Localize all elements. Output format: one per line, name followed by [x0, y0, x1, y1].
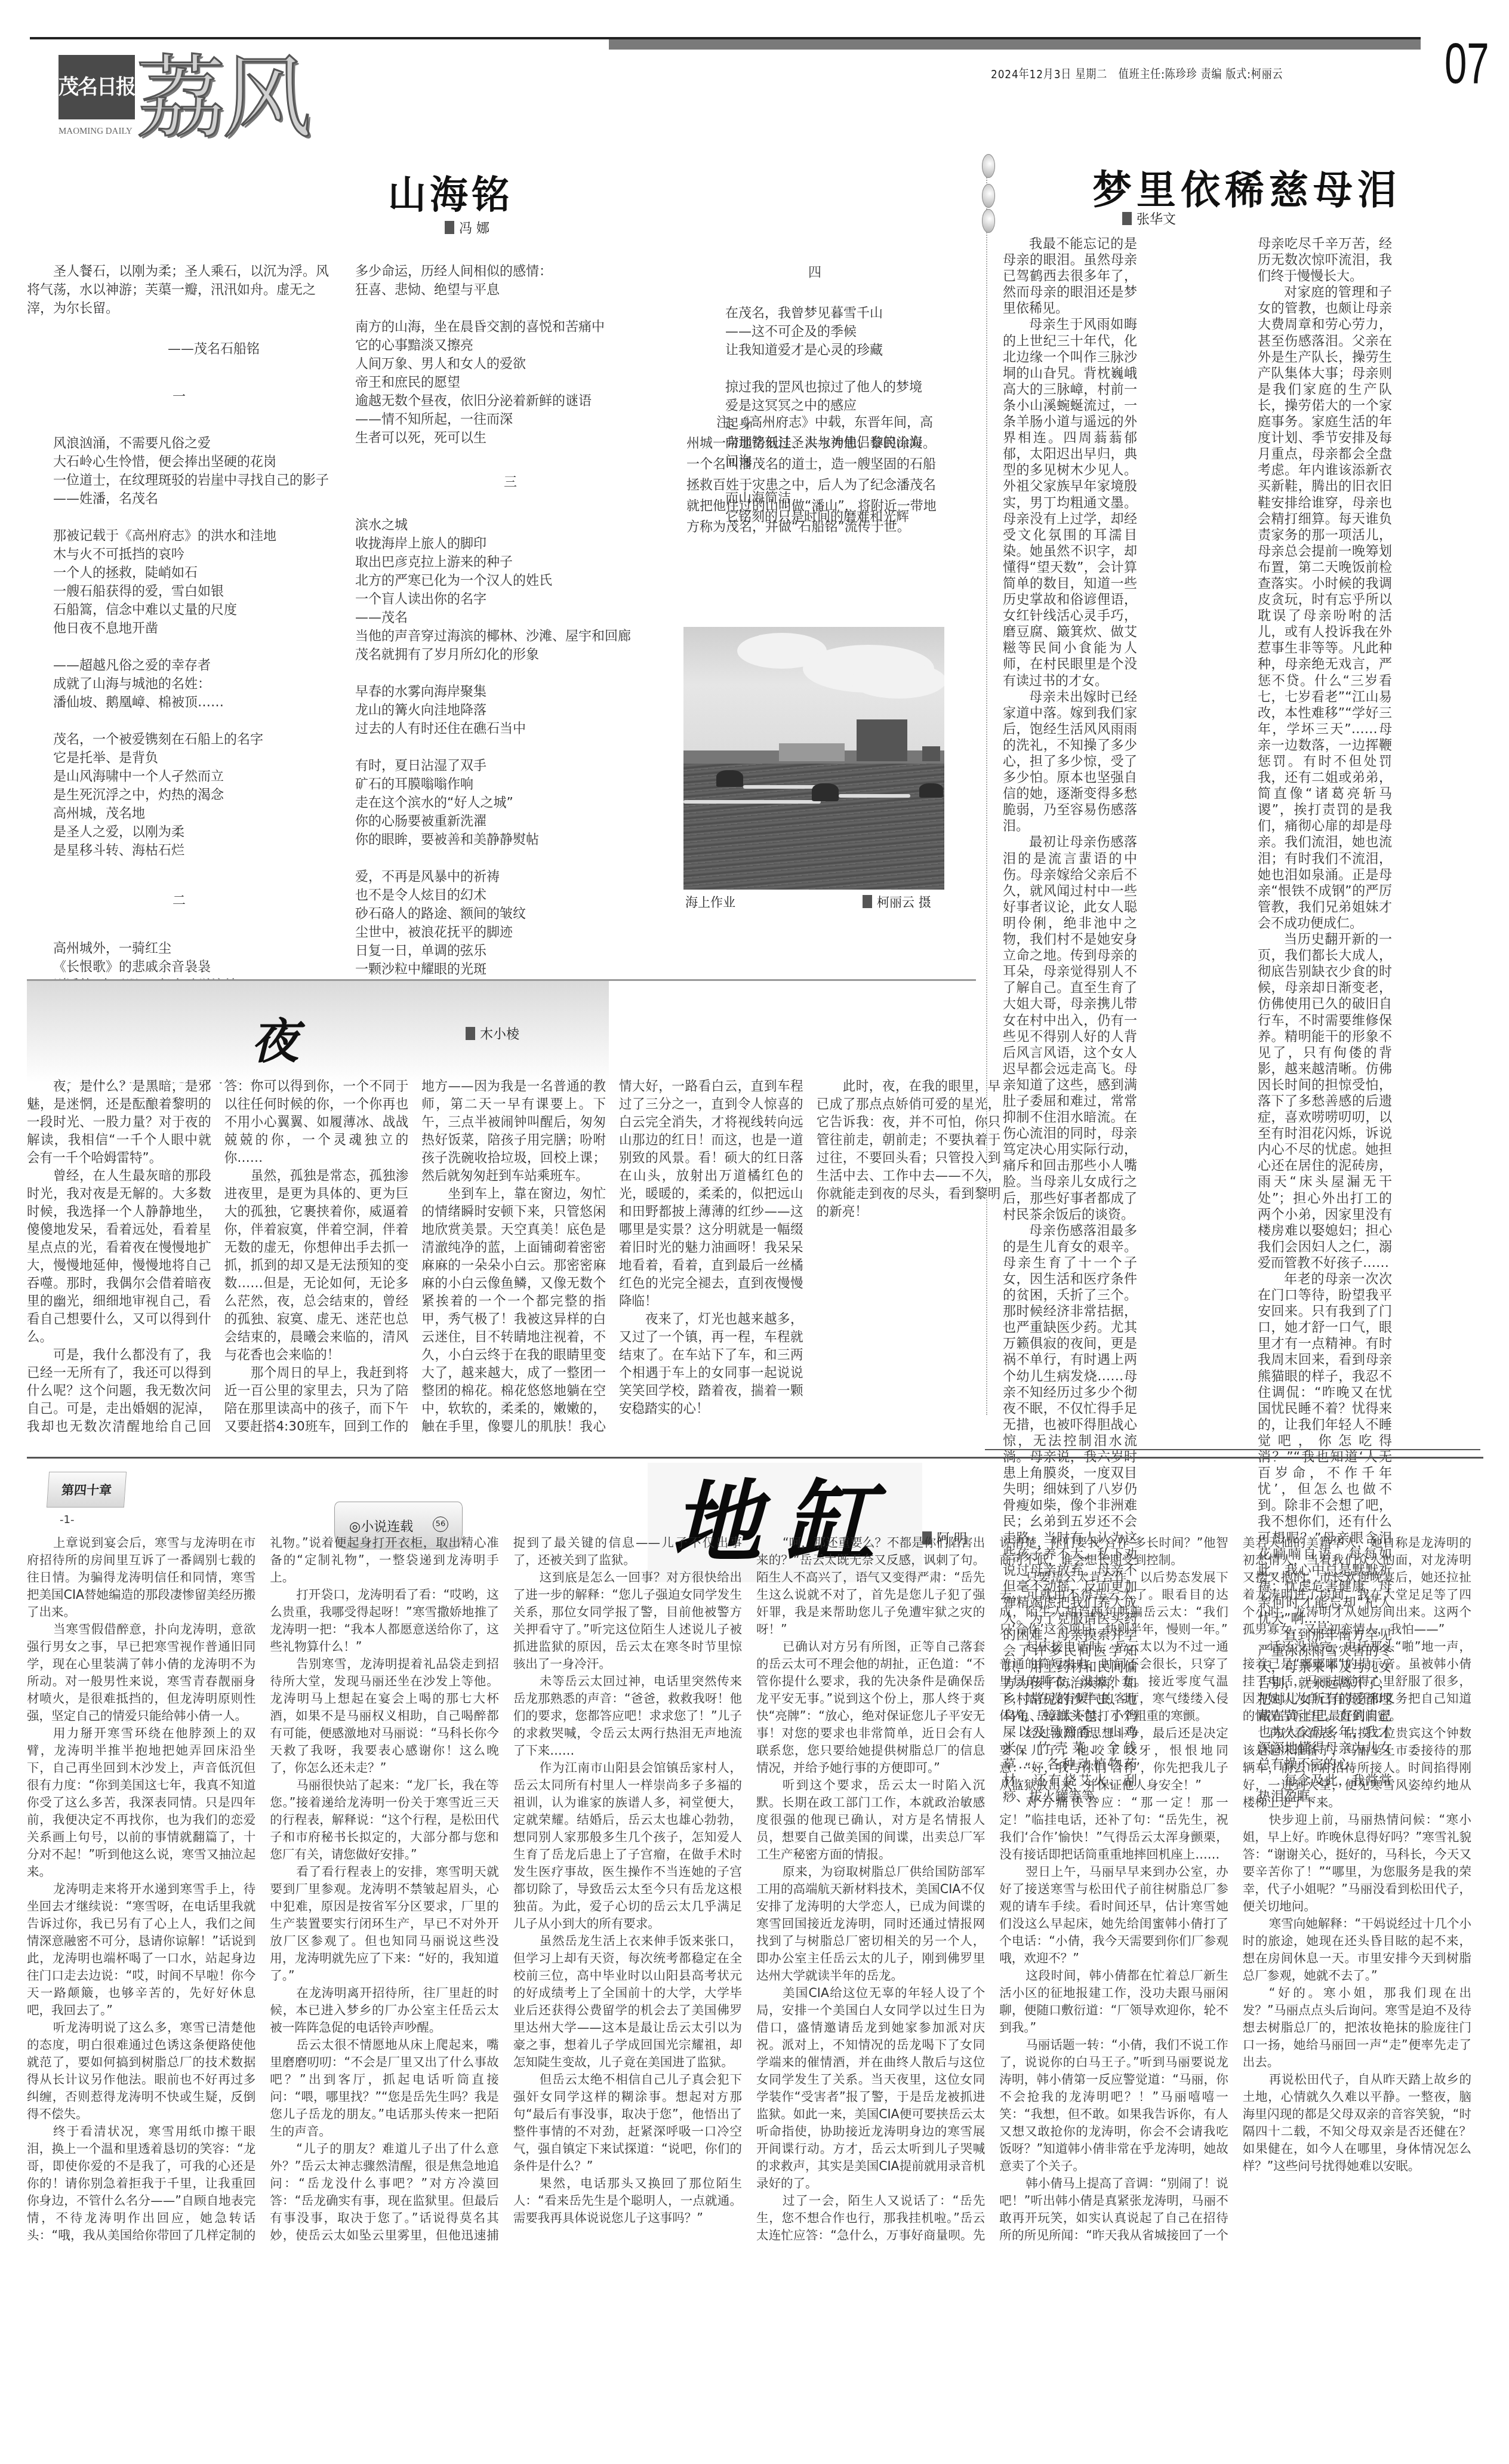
binder-ring-icon — [982, 209, 995, 233]
title-band — [27, 981, 609, 1082]
paragraph: 母亲吃尽千辛万苦，经历无数次惊吓流泪，我们终于慢慢长大。 — [1258, 236, 1392, 284]
paragraph: 当历史翻开新的一页，我们都长大成人，彻底告别缺衣少食的时候，母亲却日渐变老，仿佛… — [1258, 931, 1392, 1271]
paragraph: 起床接电话时，岳云太以为不过一通普通的简短来电，时间不会很长，只穿了里层的睡衣，… — [999, 1638, 1228, 1725]
photo-credit: 柯丽云 摄 — [863, 893, 931, 910]
poem-section-2-cont: 多少命运，历经人间相似的感情： 狂喜、悲恸、绝望与平息 南方的山海，坐在晨昏交割… — [355, 262, 666, 447]
paragraph: 当寒雪假借醉意，扑向龙涛明，意欲强行男女之事，早已把寒雪视作普通旧同学，现在心里… — [27, 1621, 255, 1725]
paragraph: 翌日上午，马丽早早来到办公室，办好了接送寒雪与松田代子前往树脂总厂参观的请车手续… — [999, 1863, 1228, 1967]
photo-sea-work — [683, 627, 944, 890]
section-title: 荔风 — [136, 51, 308, 146]
paragraph: 原来，为窃取树脂总厂供给国防部军工用的高端航天新材料技术，美国CIA不仅安排了龙… — [756, 1863, 985, 1985]
poem-section-3: 滨水之城 收拢海岸上旅人的脚印 取出巴彦克拉上游来的种子 北方的严寒已化为一个汉… — [355, 516, 666, 997]
paragraph: 已确认对方另有所图，正等自己落套的岳云太可不理会他的胡扯，正色道：“不管你提什么… — [756, 1638, 985, 1777]
paragraph: 寒雪向她解释：“干妈说经过十几个小时的旅途，她现在还头昏目眩的起不来，想在房间休… — [1243, 1915, 1471, 1985]
paragraph: 话还没说完，电话那头“啪”地一声，接着已是“嘟嘟嘟”的提示音。虽被韩小倩挂了电话… — [1243, 1638, 1471, 1725]
photo-caption: 海上作业 — [685, 893, 735, 910]
byline-shanhaiming: 冯 娜 — [445, 218, 489, 236]
newspaper-logo-en: MAOMING DAILY — [58, 127, 136, 137]
paragraph: 虽然岳龙生活上衣来伸手饭来张口，但学习上却有天资，每次统考都稳定在全校前三位，高… — [513, 1933, 742, 2071]
byline-marker-icon — [863, 895, 872, 908]
novel-body: 上章说到宴会后，寒雪与龙涛明在市府招待所的房间里互诉了一番阔别七载的往日情。为骗… — [27, 1534, 1471, 2412]
paragraph: 未等岳云太回过神，电话里突然传来岳龙那熟悉的声音：“爸爸，救救我呀！他们的要求，… — [513, 1673, 742, 1759]
poem-column-1: 圣人餐石，以刚为柔；圣人乘石，以沉为浮。风将气荡，水以神游；芙蕖一瓣，汛汛如舟。… — [27, 244, 331, 1106]
paragraph: 听龙涛明说了这么多，寒雪已清楚他的态度，明白很难通过色诱这条便路使他就范了，要如… — [27, 2019, 255, 2123]
paragraph: 但岳云太绝不相信自己儿子真会犯下强奸女同学这样的糊涂事。想起对方那句“最后有事没… — [513, 2071, 742, 2175]
column-divider — [986, 161, 987, 1415]
serial-label: ◎小说连载 — [349, 1516, 413, 1535]
paragraph: 在龙涛明离开招待所，往厂里赶的时候，本已进入梦乡的厂办公室主任岳云太被一阵阵急促… — [270, 1985, 498, 2037]
paragraph: 作为江南市山阳县会馆镇岳家村人，岳云太同所有村里人一样崇尚多子多福的祖训，认为谁… — [513, 1759, 742, 1933]
poem-section-1: 风浪汹涌，不需要凡俗之爱 大石岭心生怜惜，便会捧出坚硬的花岗 一位道士，在纹理斑… — [27, 434, 331, 860]
paragraph: 再说松田代子，自从昨天踏上故乡的土地，心情就久久难以平静。一整夜，脑海里闪现的都… — [1243, 2071, 1471, 2175]
issue-editors: 值班主任:陈珍珍 责编 版式:柯丽云 — [1119, 67, 1283, 81]
paragraph: 母亲生于风雨如晦的上世纪三十年代，化北边缘一个叫作三脉沙垌的山旮旯。背枕巍峨高大… — [1003, 316, 1137, 688]
byline-ye: 木小棱 — [466, 1024, 519, 1042]
poem-footnote: 注：《高州府志》中载，东晋年间，高州城一带地势低洼、洪水为患、黎民涂炭。一个名叫… — [686, 412, 943, 537]
paragraph: 看了看行程表上的安排，寒雪明天就要到厂里参观。龙涛明不禁皱起眉头，心中犯难，原因… — [270, 1863, 498, 1985]
paragraph: 母亲未出嫁时已经家道中落。嫁到我们家后，饱经生活风风雨雨的洗礼，不知操了多少心，… — [1003, 689, 1137, 835]
poem-column-2: 多少命运，历经人间相似的感情： 狂喜、悲恸、绝望与平息 南方的山海，坐在晨昏交割… — [355, 244, 666, 1016]
paragraph: 美国CIA给这位无辜的年轻人设了个局，安排一个美国白人女同学以过生日为借口，盛情… — [756, 1985, 985, 2192]
byline-marker-icon — [445, 221, 454, 234]
byline-marker-icon — [466, 1027, 475, 1040]
section-number: 二 — [27, 891, 331, 910]
paragraph: 再次看看表，估摸二位贵宾这个钟数该是起床准备了，马丽坐上市委接待的那辆车，前去市… — [1243, 1725, 1471, 1811]
masthead-bar — [609, 39, 1421, 50]
paragraph: 夜来了，灯光也越来越多，又过了一个镇，再一程，车程就结束了。在车站下了车，和三两… — [619, 1311, 803, 1418]
novel-section-number: -1- — [60, 1514, 74, 1526]
section-number: 一 — [27, 387, 331, 406]
paragraph: 龙涛明走来将开水递到寒雪手上，待坐回去才继续说：“寒雪呀，在电话里我就告诉过你，… — [27, 1881, 255, 2019]
paragraph: 最初让母亲伤感落泪的是流言蜚语的中伤。母亲嫁给父亲后不久，就风闻过村中一些好事者… — [1003, 834, 1137, 1222]
paragraph: 打开袋口，龙涛明看了看：“哎哟，这么贵重，我哪受得起呀！”寒雪撒娇地推了龙涛明一… — [270, 1586, 498, 1656]
chapter-label: 第四十章 — [47, 1472, 127, 1508]
paragraph: 快步迎上前，马丽热情问候：“寒小姐，早上好。昨晚休息得好吗？”寒雪礼貌答：“谢谢… — [1243, 1811, 1471, 1915]
article-body-ye: 夜，是什么？是黑暗，是邪魅，是迷惘，还是酝酿着黎明的一段时光、一股力量？对于夜的… — [27, 1078, 606, 1436]
paragraph: 告别寒雪，龙涛明提着礼品袋走到招待所大堂，发现马丽还坐在沙发上等他。龙涛明马上想… — [270, 1656, 498, 1777]
byline-mengli: 张华文 — [1122, 209, 1176, 227]
binder-ring-icon — [982, 184, 995, 208]
paragraph: 用力掰开寒雪环绕在他脖颈上的双臂，龙涛明半推半抱地把她弄回床沿坐下，自己再坐回到… — [27, 1725, 255, 1881]
section-rule — [27, 1457, 1483, 1459]
issue-meta: 2024年12月3日 星期二 值班主任:陈珍珍 责编 版式:柯丽云 — [991, 64, 1283, 82]
page-number: 07 — [1445, 31, 1489, 97]
paragraph: “呵，那还重要么？不都是你们陷害出来的？”岳云太既无奈又反感，讽刺了句。陌生人不… — [756, 1534, 985, 1638]
paragraph: 上章说到宴会后，寒雪与龙涛明在市府招待所的房间里互诉了一番阔别七载的往日情。为骗… — [27, 1534, 255, 1621]
paragraph: 经过激烈的思想斗争，最后还是决定要保儿子，他咬了咬牙，恨恨地同意：“好，我与你们… — [999, 1725, 1228, 1794]
paragraph: 虽然，孤独是常态，孤独渗进夜里，是更为具体的、更为巨大的孤独，它裹挟着你，威逼着… — [224, 1167, 409, 1364]
paragraph: 果然，电话那头又换回了那位陌生人：“看来岳先生是个聪明人，一点就通。需要我再具体… — [513, 2175, 742, 2227]
paragraph: 夜，是什么？是黑暗，是邪魅，是迷惘，还是酝酿着黎明的一段时光、一股力量？对于夜的… — [27, 1078, 211, 1167]
paragraph: 马丽话题一转：“小倩，我们不说工作了，说说你的白马王子。”听到马丽要说龙涛明，韩… — [999, 2037, 1228, 2175]
epigraph: 圣人餐石，以刚为柔；圣人乘石，以沉为浮。风将气荡，水以神游；芙蕖一瓣，汛汛如舟。… — [27, 262, 331, 318]
section-number: 四 — [695, 263, 934, 282]
paragraph: “好的。寒小姐，那我们现在出发？”马丽点点头后询问。寒雪是迫不及待想去树脂总厂的… — [1243, 1985, 1471, 2071]
paragraph: 此时，夜，在我的眼里，早已成了那点点娇俏可爱的星光，它告诉我：夜，并不可怕，你只… — [817, 1078, 1001, 1221]
paragraph: 我最不能忘记的是母亲的眼泪。虽然母亲已驾鹤西去很多年了，然而母亲的眼泪还是梦里依… — [1003, 236, 1137, 316]
article-title-shanhaiming: 山海铭 — [388, 164, 513, 219]
issue-date: 2024年12月3日 星期二 — [991, 67, 1107, 81]
paragraph: 这段时间，韩小倩都在忙着总厂新生活小区的征地报建工作，没功夫跟马丽闲聊，便随口敷… — [999, 1967, 1228, 2037]
binder-ring-icon — [982, 154, 995, 178]
paragraph: 这到底是怎么一回事？对方很快给出了进一步的解释：“您儿子强迫女同学发生关系，那位… — [513, 1569, 742, 1673]
paragraph: 对方痛快答应：“那一定！那一定！”临挂电话，还补了句：“岳先生，祝我们‘合作’愉… — [999, 1794, 1228, 1863]
paragraph: 岳云太很不情愿地从床上爬起来，嘴里磨磨叨叨：“不会是厂里又出了什么事故吧？”出到… — [270, 2037, 498, 2140]
article-title-ye: 夜 — [251, 1003, 298, 1072]
newspaper-logo: 茂名日报 — [58, 55, 135, 119]
author-name: 冯 娜 — [459, 221, 489, 236]
paragraph: 曾经，在人生最灰暗的那段时光，我对夜是无解的。大多数时候，我选择一个人静静地坐，… — [27, 1167, 211, 1346]
paragraph: 对家庭的管理和子女的管教，也颇让母亲大费周章和劳心劳力，甚至伤感落泪。父亲在外是… — [1258, 284, 1392, 931]
article-title-mengli: 梦里依稀慈母泪 — [1092, 158, 1402, 215]
paragraph: 只要岳云太肯合作，以后势态发展下去，可就由不得岳云太了。眼看目的达成，陌生人胡诌… — [999, 1569, 1228, 1638]
section-rule — [985, 1449, 1480, 1450]
paragraph: 听到这个要求，岳云太一时陷入沉默。长期在政工部门工作，本就政治敏感度很强的他现已… — [756, 1777, 985, 1863]
byline-marker-icon — [1122, 212, 1132, 225]
serial-number: 56 — [433, 1516, 448, 1532]
paragraph: 马丽很快站了起来：“龙厂长，我在等您。”接着递给龙涛明一份关于寒雪近三天的行程表… — [270, 1777, 498, 1863]
section-number: 三 — [355, 473, 666, 491]
epigraph-source: ——茂名石船铭 — [27, 340, 331, 358]
